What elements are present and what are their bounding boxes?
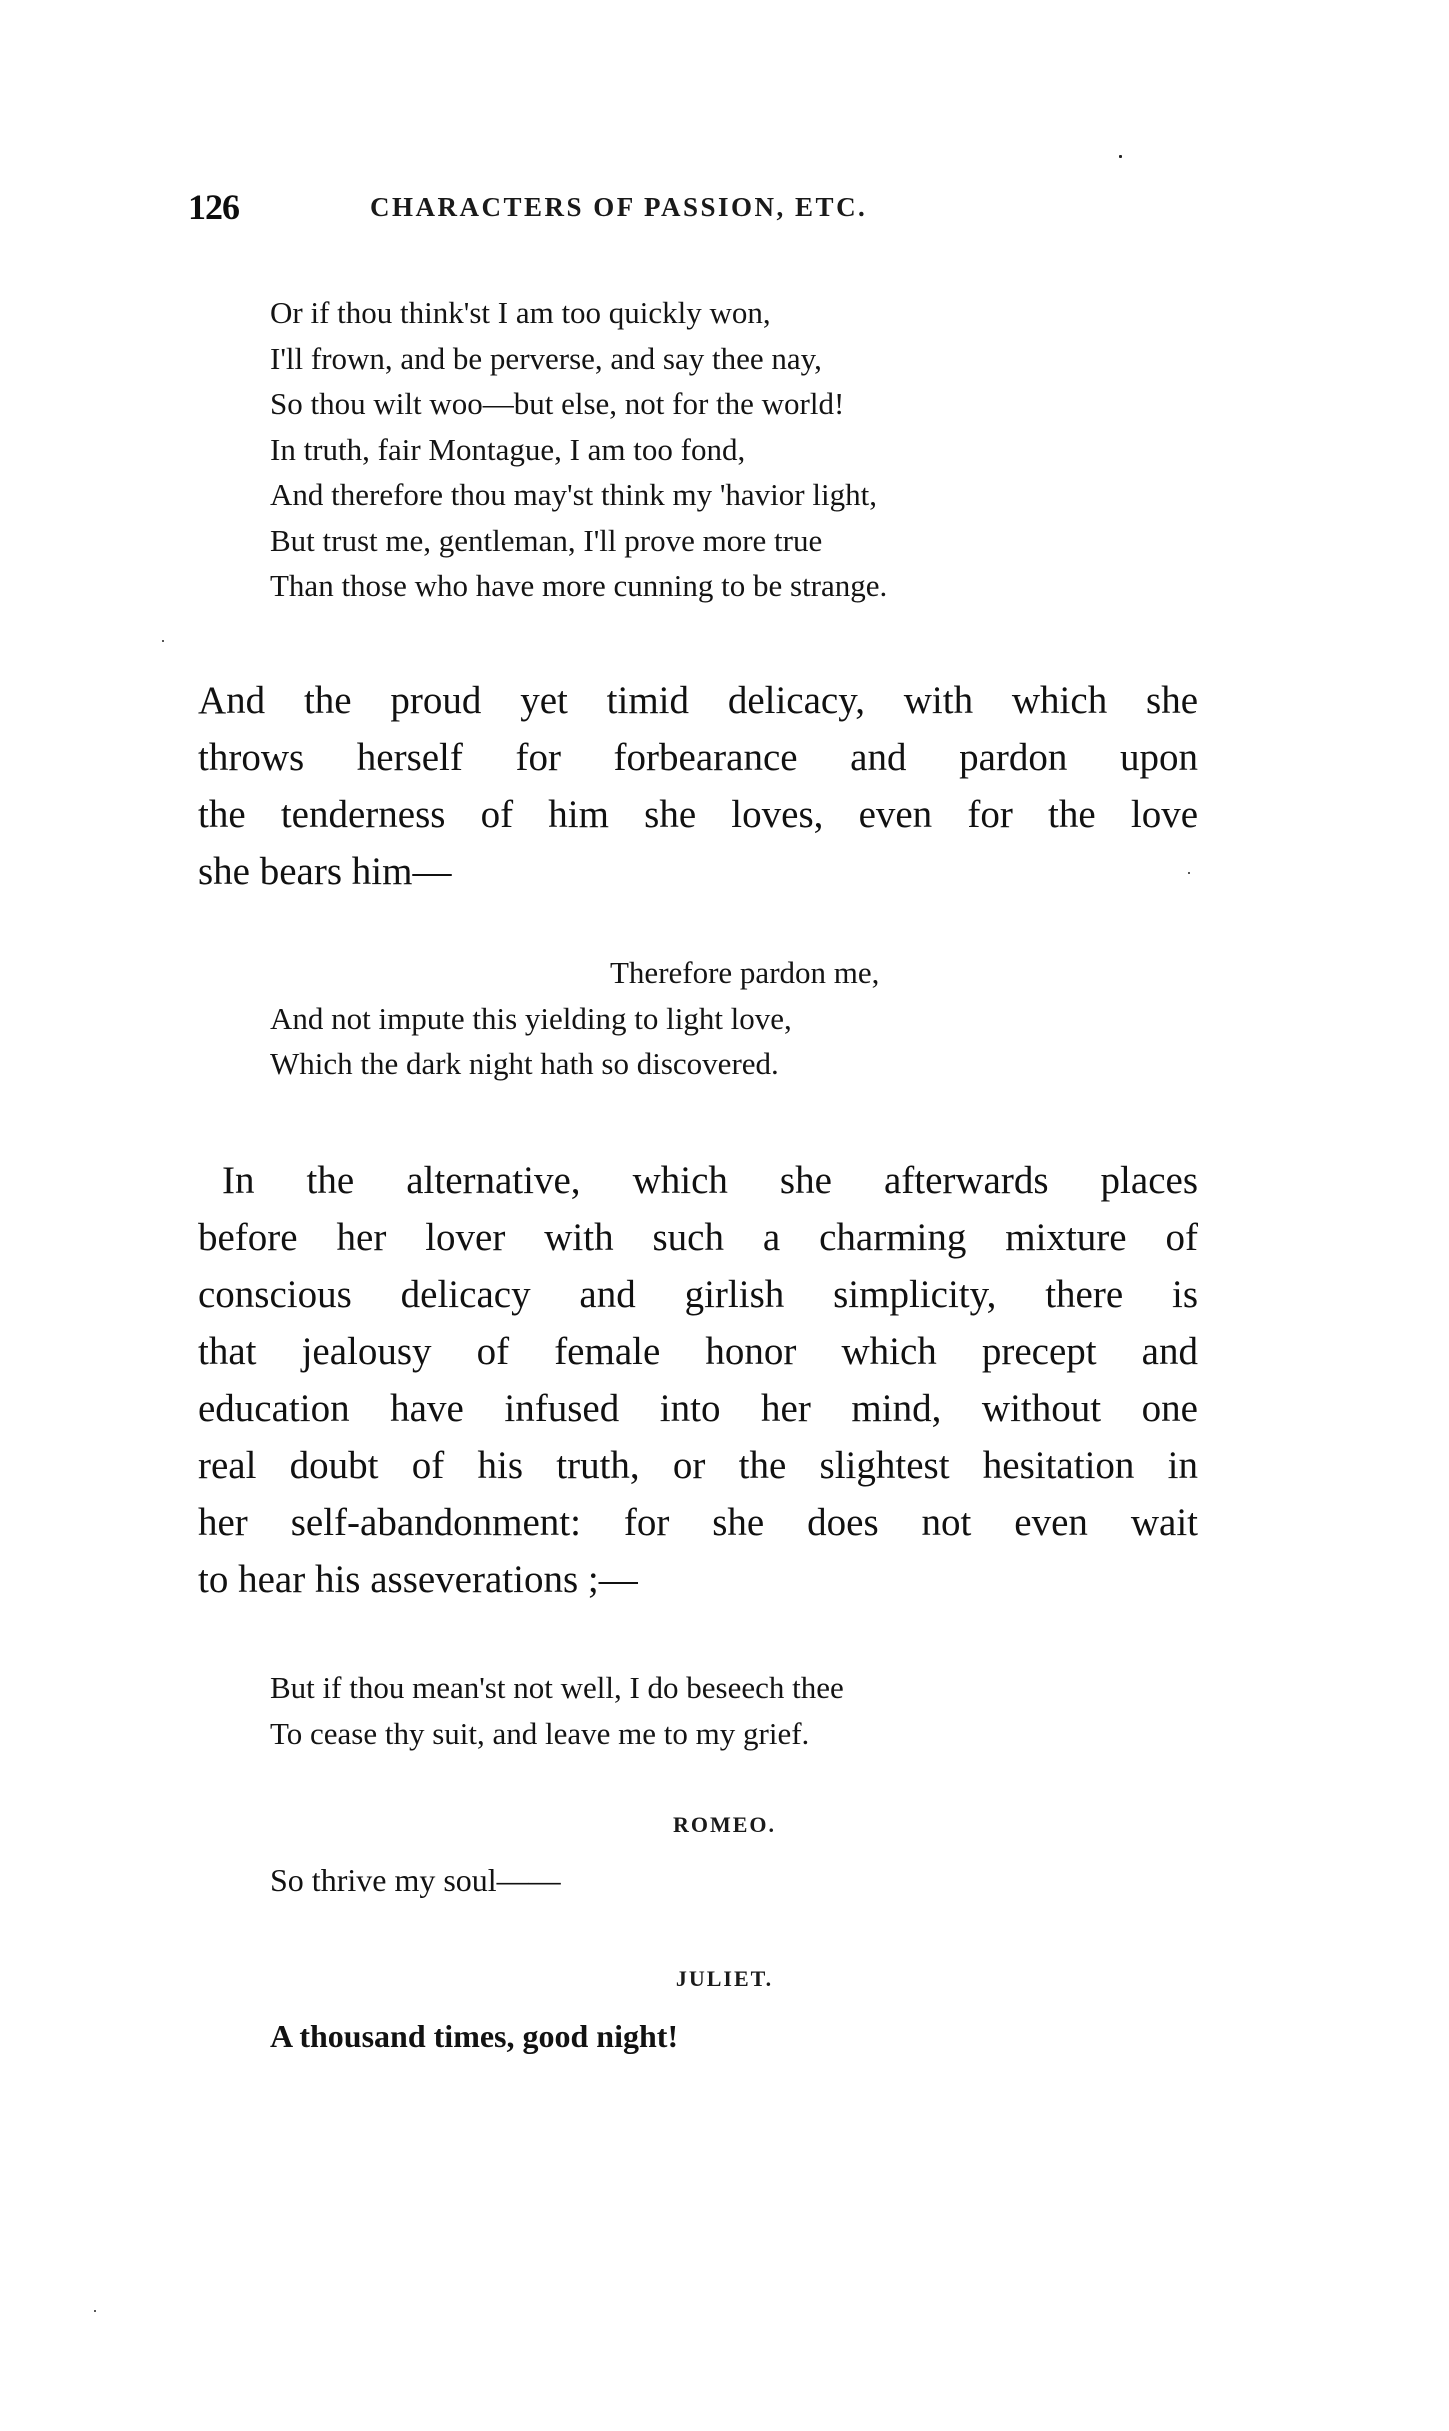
running-head-title: CHARACTERS OF PASSION, ETC. — [370, 192, 867, 223]
speaker-heading-romeo: ROMEO. — [0, 1812, 1449, 1838]
scan-speck — [162, 640, 164, 642]
verse-block-2: Therefore pardon me, And not impute this… — [270, 950, 879, 1087]
page-number: 126 — [188, 186, 239, 228]
prose-line: And the proud yet timid delicacy, with w… — [198, 672, 1198, 729]
prose-line: education have infused into her mind, wi… — [198, 1380, 1198, 1437]
running-head: 126 CHARACTERS OF PASSION, ETC. — [188, 186, 1048, 226]
verse-line: And not impute this yielding to light lo… — [270, 996, 879, 1042]
prose-paragraph-2: In the alternative, which she afterwards… — [198, 1152, 1198, 1608]
scan-speck — [1188, 872, 1190, 874]
verse-line: Or if thou think'st I am too quickly won… — [270, 290, 887, 336]
verse-line: I'll frown, and be perverse, and say the… — [270, 336, 887, 382]
prose-line: real doubt of his truth, or the slightes… — [198, 1437, 1198, 1494]
book-page: 126 CHARACTERS OF PASSION, ETC. Or if th… — [0, 0, 1449, 2431]
prose-line: before her lover with such a charming mi… — [198, 1209, 1198, 1266]
verse-line: But trust me, gentleman, I'll prove more… — [270, 518, 887, 564]
scan-speck — [94, 2310, 96, 2312]
verse-line: So thou wilt woo—but else, not for the w… — [270, 381, 887, 427]
verse-line: And therefore thou may'st think my 'havi… — [270, 472, 887, 518]
prose-line: the tenderness of him she loves, even fo… — [198, 786, 1198, 843]
prose-line: In the alternative, which she afterwards… — [198, 1152, 1198, 1209]
verse-line: Which the dark night hath so discovered. — [270, 1041, 879, 1087]
prose-line: conscious delicacy and girlish simplicit… — [198, 1266, 1198, 1323]
speech-line-juliet: A thousand times, good night! — [270, 2018, 678, 2055]
verse-block-1: Or if thou think'st I am too quickly won… — [270, 290, 887, 609]
prose-paragraph-1: And the proud yet timid delicacy, with w… — [198, 672, 1198, 900]
prose-line: she bears him— — [198, 843, 1198, 900]
speech-line-romeo: So thrive my soul—— — [270, 1862, 561, 1899]
verse-line: In truth, fair Montague, I am too fond, — [270, 427, 887, 473]
verse-line: Than those who have more cunning to be s… — [270, 563, 887, 609]
verse-line: Therefore pardon me, — [270, 950, 879, 996]
prose-line: that jealousy of female honor which prec… — [198, 1323, 1198, 1380]
scan-speck — [1119, 155, 1122, 158]
verse-line: But if thou mean'st not well, I do besee… — [270, 1665, 844, 1711]
prose-line: throws herself for forbearance and pardo… — [198, 729, 1198, 786]
verse-block-3: But if thou mean'st not well, I do besee… — [270, 1665, 844, 1756]
verse-line: To cease thy suit, and leave me to my gr… — [270, 1711, 844, 1757]
prose-line: to hear his asseverations ;— — [198, 1551, 1198, 1608]
prose-line: her self-abandonment: for she does not e… — [198, 1494, 1198, 1551]
speaker-heading-juliet: JULIET. — [0, 1966, 1449, 1992]
